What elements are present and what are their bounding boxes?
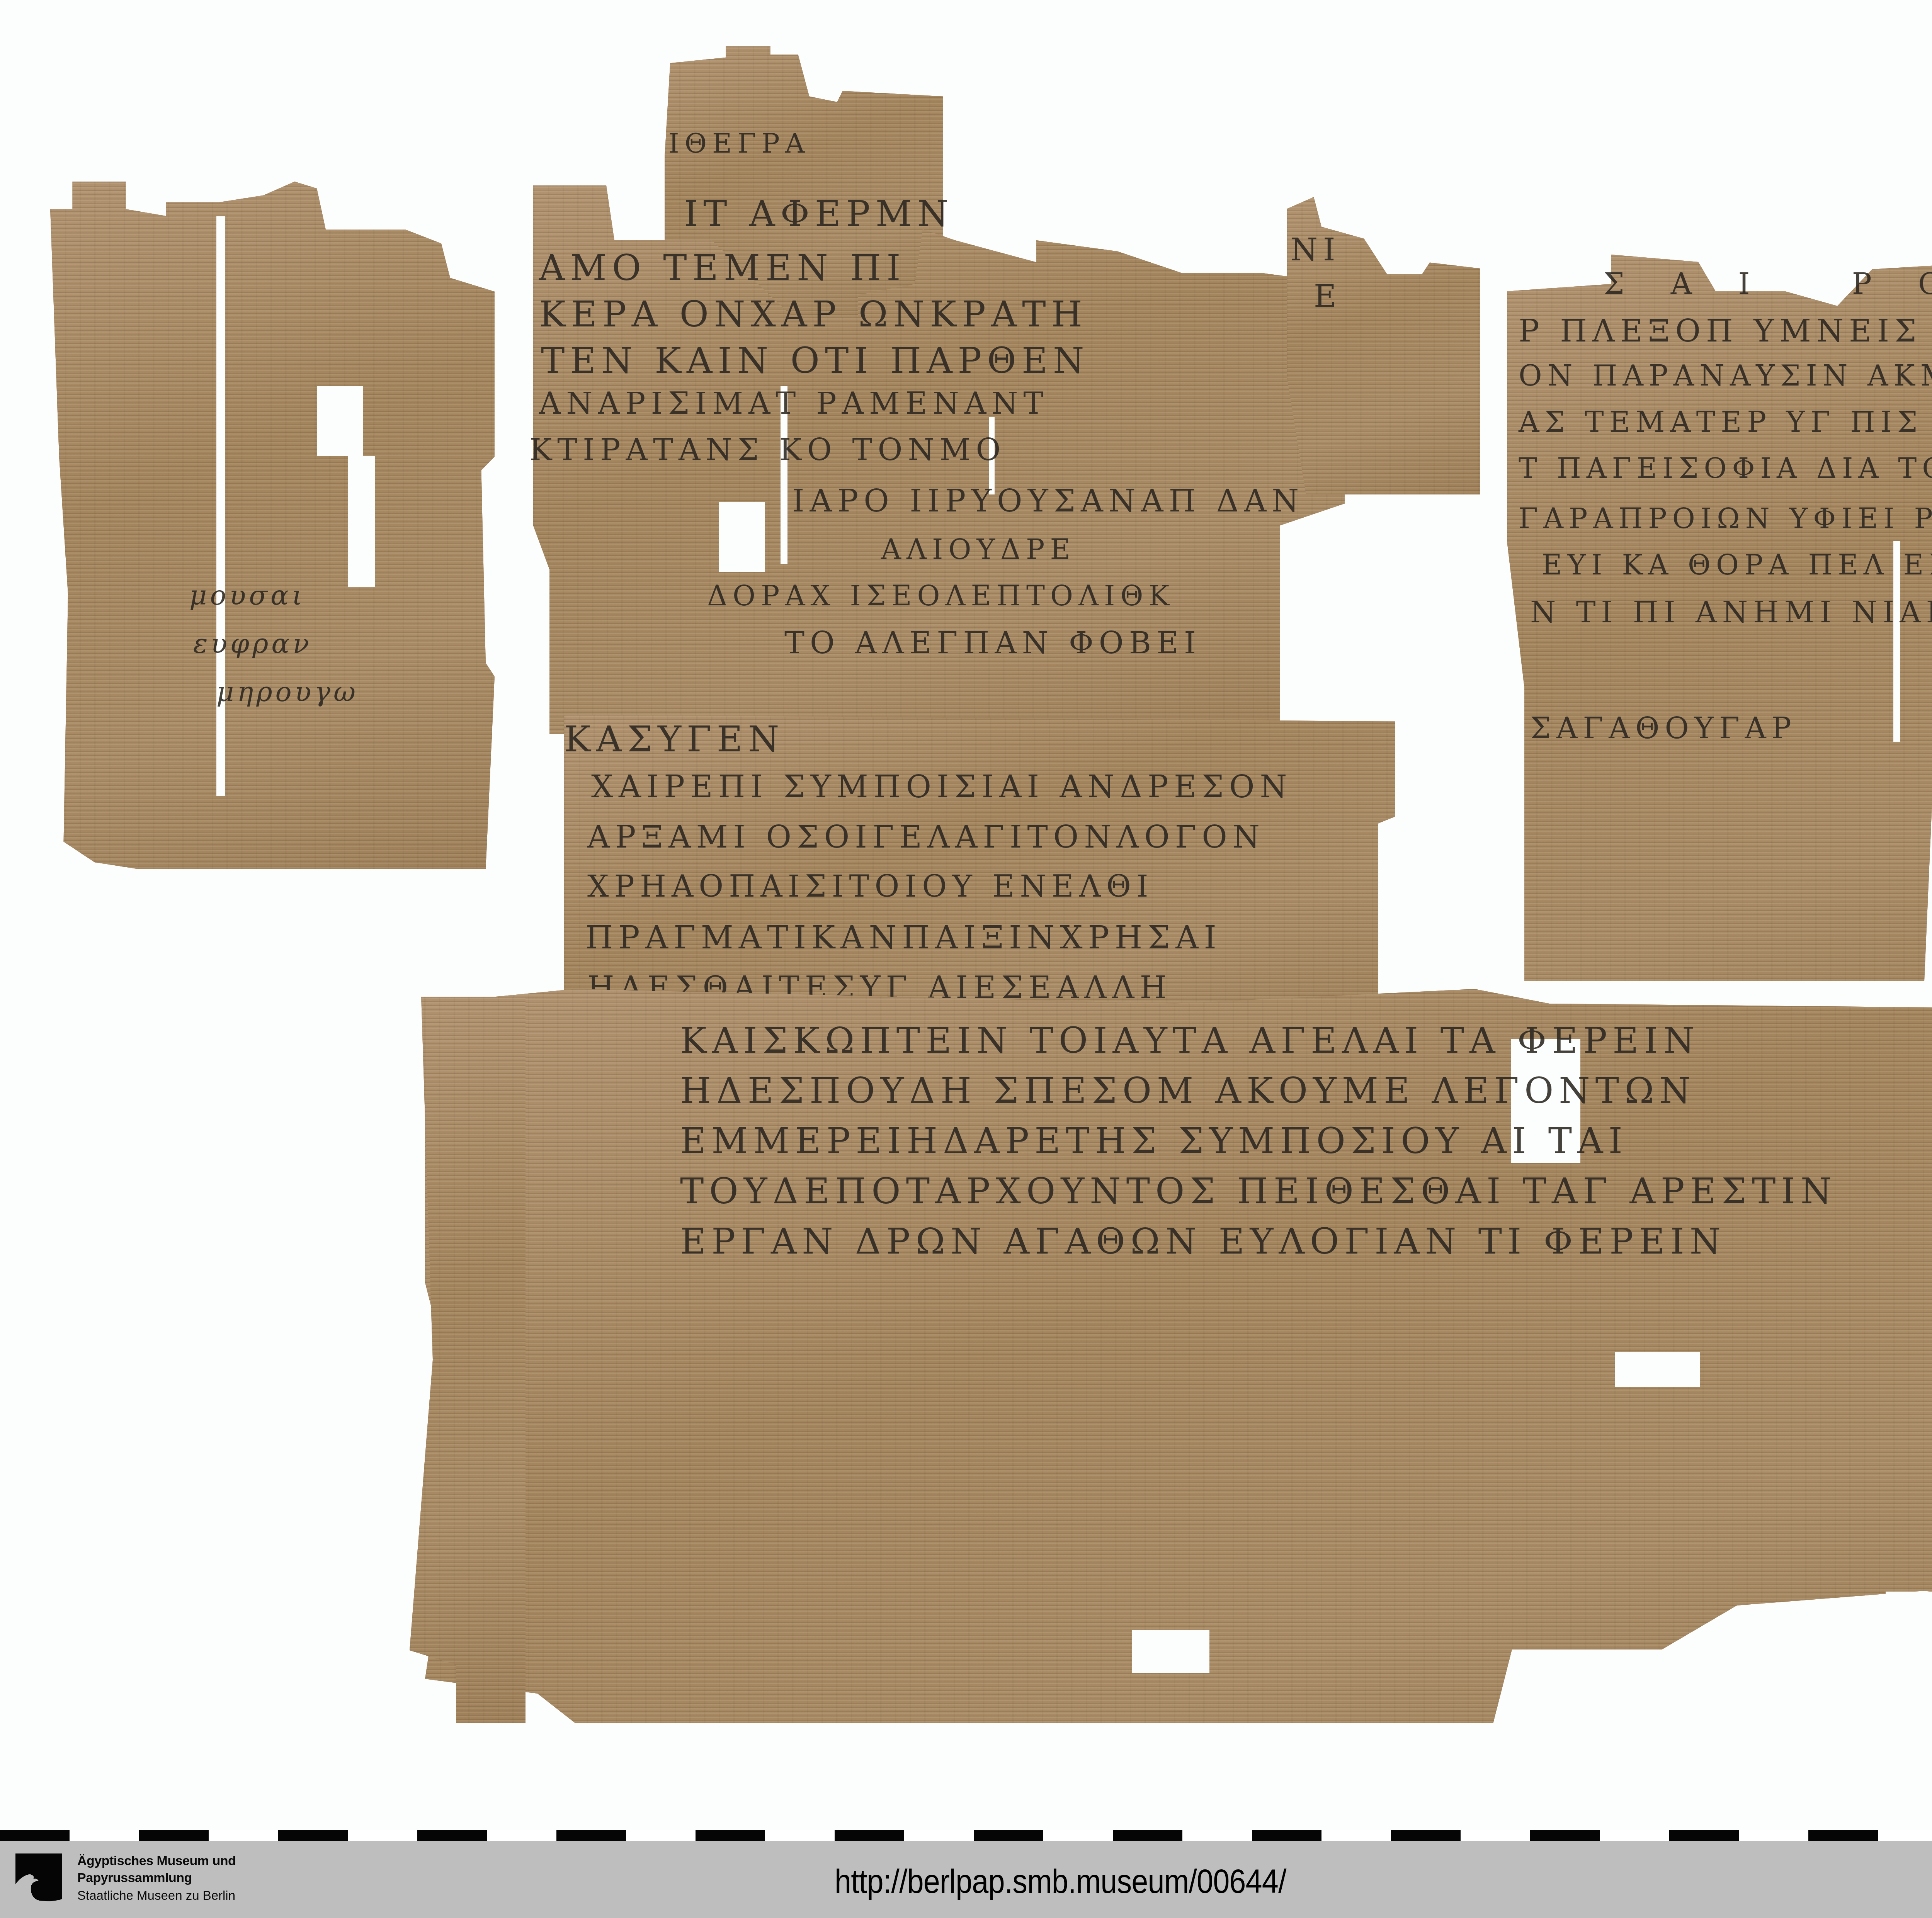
text-line: ΚΑΙΣΚΩΠΤΕΙΝ ΤΟΙΑΥΤΑ ΑΓΕΛΑΙ ΤΑ ΦΕΡΕΙΝ: [680, 1020, 1700, 1061]
papyrus-fragment-left: [50, 182, 495, 869]
eagle-shield-icon: [15, 1853, 62, 1902]
text-line: ΤΕΝ ΚΑΙΝ ΟΤΙ ΠΑΡΘΕΝ: [541, 340, 1090, 381]
text-line: ΚΑΣΥΓΕΝ: [564, 719, 784, 760]
text-line: ΧΑΙΡΕΠΙ ΣΥΜΠΟΙΣΙΑΙ ΑΝΔΡΕΣΟΝ: [591, 769, 1292, 805]
papyrus-gap: [216, 216, 225, 796]
text-line: ΑΣ ΤΕΜΑΤΕΡ ΥΓ ΠΙΣ ΠΕΘΟΣΑ ΤΕΚΝΩΝ: [1519, 406, 1932, 439]
text-line: Ν ΤΙ ΠΙ ΑΝΗΜΙ ΝΙΑΝ: [1530, 595, 1932, 629]
text-line: ΤΟ ΑΛΕΓΠΑΝ ΦΟΒΕΙ: [784, 626, 1201, 661]
papyrus-fragment-left-lower-strip: [410, 997, 526, 1723]
papyrus-gap: [1615, 1352, 1700, 1387]
text-line: ΧΡΗΑΟΠΑΙΣΙΤΟΙΟΥ ΕΝΕΛΘΙ: [587, 869, 1154, 904]
text-line: ΓΑΡΑΠΡΟΙΩΝ ΥΦΙΕΙ ΡΖΑΛΛΥΕΓΑΛΟΥ: [1519, 502, 1932, 535]
papyrus-gap: [1886, 1592, 1932, 1622]
margin-note-line: μηρουγω: [216, 676, 359, 708]
text-line: ΑΜΟ ΤΕΜΕΝ ΠΙ: [539, 247, 906, 289]
text-line: ΝΙ: [1291, 232, 1341, 268]
margin-note-line: ευφραν: [193, 628, 312, 659]
text-line: ΟΝ ΠΑΡΑΝΑΥΣΙΝ ΑΚΜΑ ΤΟΡΣΑΛΛΗ: [1519, 359, 1932, 392]
text-line: ΤΟΥΔΕΠΟΤΑΡΧΟΥΝΤΟΣ ΠΕΙΘΕΣΘΑΙ ΤΑΓ ΑΡΕΣΤΙΝ: [680, 1171, 1837, 1212]
text-line: ΚΕΡΑ ΟΝΧΑΡ ΩΝΚΡΑΤΗ: [539, 294, 1088, 335]
text-line: Ε: [1314, 278, 1342, 314]
text-line: Ρ ΠΛΕΞΟΠ ΥΜΝΕΙΣ: [1519, 313, 1922, 349]
institution-line-2: Papyrussammlung: [77, 1869, 236, 1886]
text-line: ΕΡΓΑΝ ΔΡΩΝ ΑΓΑΘΩΝ ΕΥΛΟΓΙΑΝ ΤΙ ΦΕΡΕΙΝ: [680, 1221, 1726, 1262]
footer-bar: Ägyptisches Museum und Papyrussammlung S…: [0, 1841, 1932, 1918]
text-line: ΑΡΞΑΜΙ ΟΣΟΙΓΕΛΑΓΙΤΟΝΛΟΓΟΝ: [587, 819, 1265, 855]
text-line: ΚΤΙΡΑΤΑΝΣ ΚΟ ΤΟΝΜΟ: [529, 433, 1006, 467]
institution-line-1: Ägyptisches Museum und: [77, 1852, 236, 1869]
papyrus-gap: [348, 456, 375, 587]
text-line: ΙΑΡΟ ΙΙΡΥΟΥΣΑΝΑΠ ΔΑΝ: [792, 483, 1304, 519]
text-line: ΔΟΡΑΧ ΙΣΕΟΛΕΠΤΟΛΙΘΚ: [707, 579, 1175, 612]
object-url-link[interactable]: http://berlpap.smb.museum/00644/: [835, 1862, 1286, 1901]
papyrus-gap: [719, 502, 765, 572]
papyrus-gap: [317, 386, 363, 456]
papyrus-scan-area: μουσαι ευφραν μηρουγω ΙΘΕΓΡΑ ΙΤ ΑΦΕΡΜΝ Α…: [0, 0, 1932, 1830]
text-line: ΙΘΕΓΡΑ: [668, 127, 810, 159]
scale-ruler: [0, 1830, 1932, 1841]
text-line: ΕΥΙ ΚΑ ΘΟΡΑ ΠΕΛ ΕΣ ΤΑΡΑΓΑΝ: [1542, 549, 1932, 581]
papyrus-gap: [1132, 1630, 1209, 1673]
margin-note-line: μουσαι: [189, 579, 306, 611]
text-line: ΠΡΑΓΜΑΤΙΚΑΝΠΑΙΞΙΝΧΡΗΣΑΙ: [585, 919, 1222, 956]
text-line: ΣΑΙ ΡΟΙ: [1604, 267, 1932, 301]
institution-name: Ägyptisches Museum und Papyrussammlung S…: [77, 1852, 236, 1905]
text-line: ΑΝΑΡΙΣΙΜΑΤ ΡΑΜΕΝΑΝΤ: [539, 386, 1049, 421]
text-line: ΙΤ ΑΦΕΡΜΝ: [684, 193, 954, 234]
text-line: ΕΜΜΕΡΕΙΗΔΑΡΕΤΗΣ ΣΥΜΠΟΣΙΟΥ ΑΙ ΤΑΙ: [680, 1120, 1628, 1162]
text-line: ΣΑΓΑΘΟΥΓΑΡ: [1530, 711, 1797, 745]
institution-line-3: Staatliche Museen zu Berlin: [77, 1886, 236, 1905]
text-line: ΗΔΕΣΠΟΥΔΗ ΣΠΕΣΟΜ ΑΚΟΥΜΕ ΛΕΓΟΝΤΩΝ: [680, 1070, 1696, 1111]
text-line: Τ ΠΑΓΕΙΣΟΦΙΑ ΔΙΑ ΤΟΙΚΙΑ ΤΕΚ ΦΕΡΟΜΕΝ: [1519, 452, 1932, 484]
text-line: ΑΛΙΟΥΔΡΕ: [881, 533, 1076, 566]
